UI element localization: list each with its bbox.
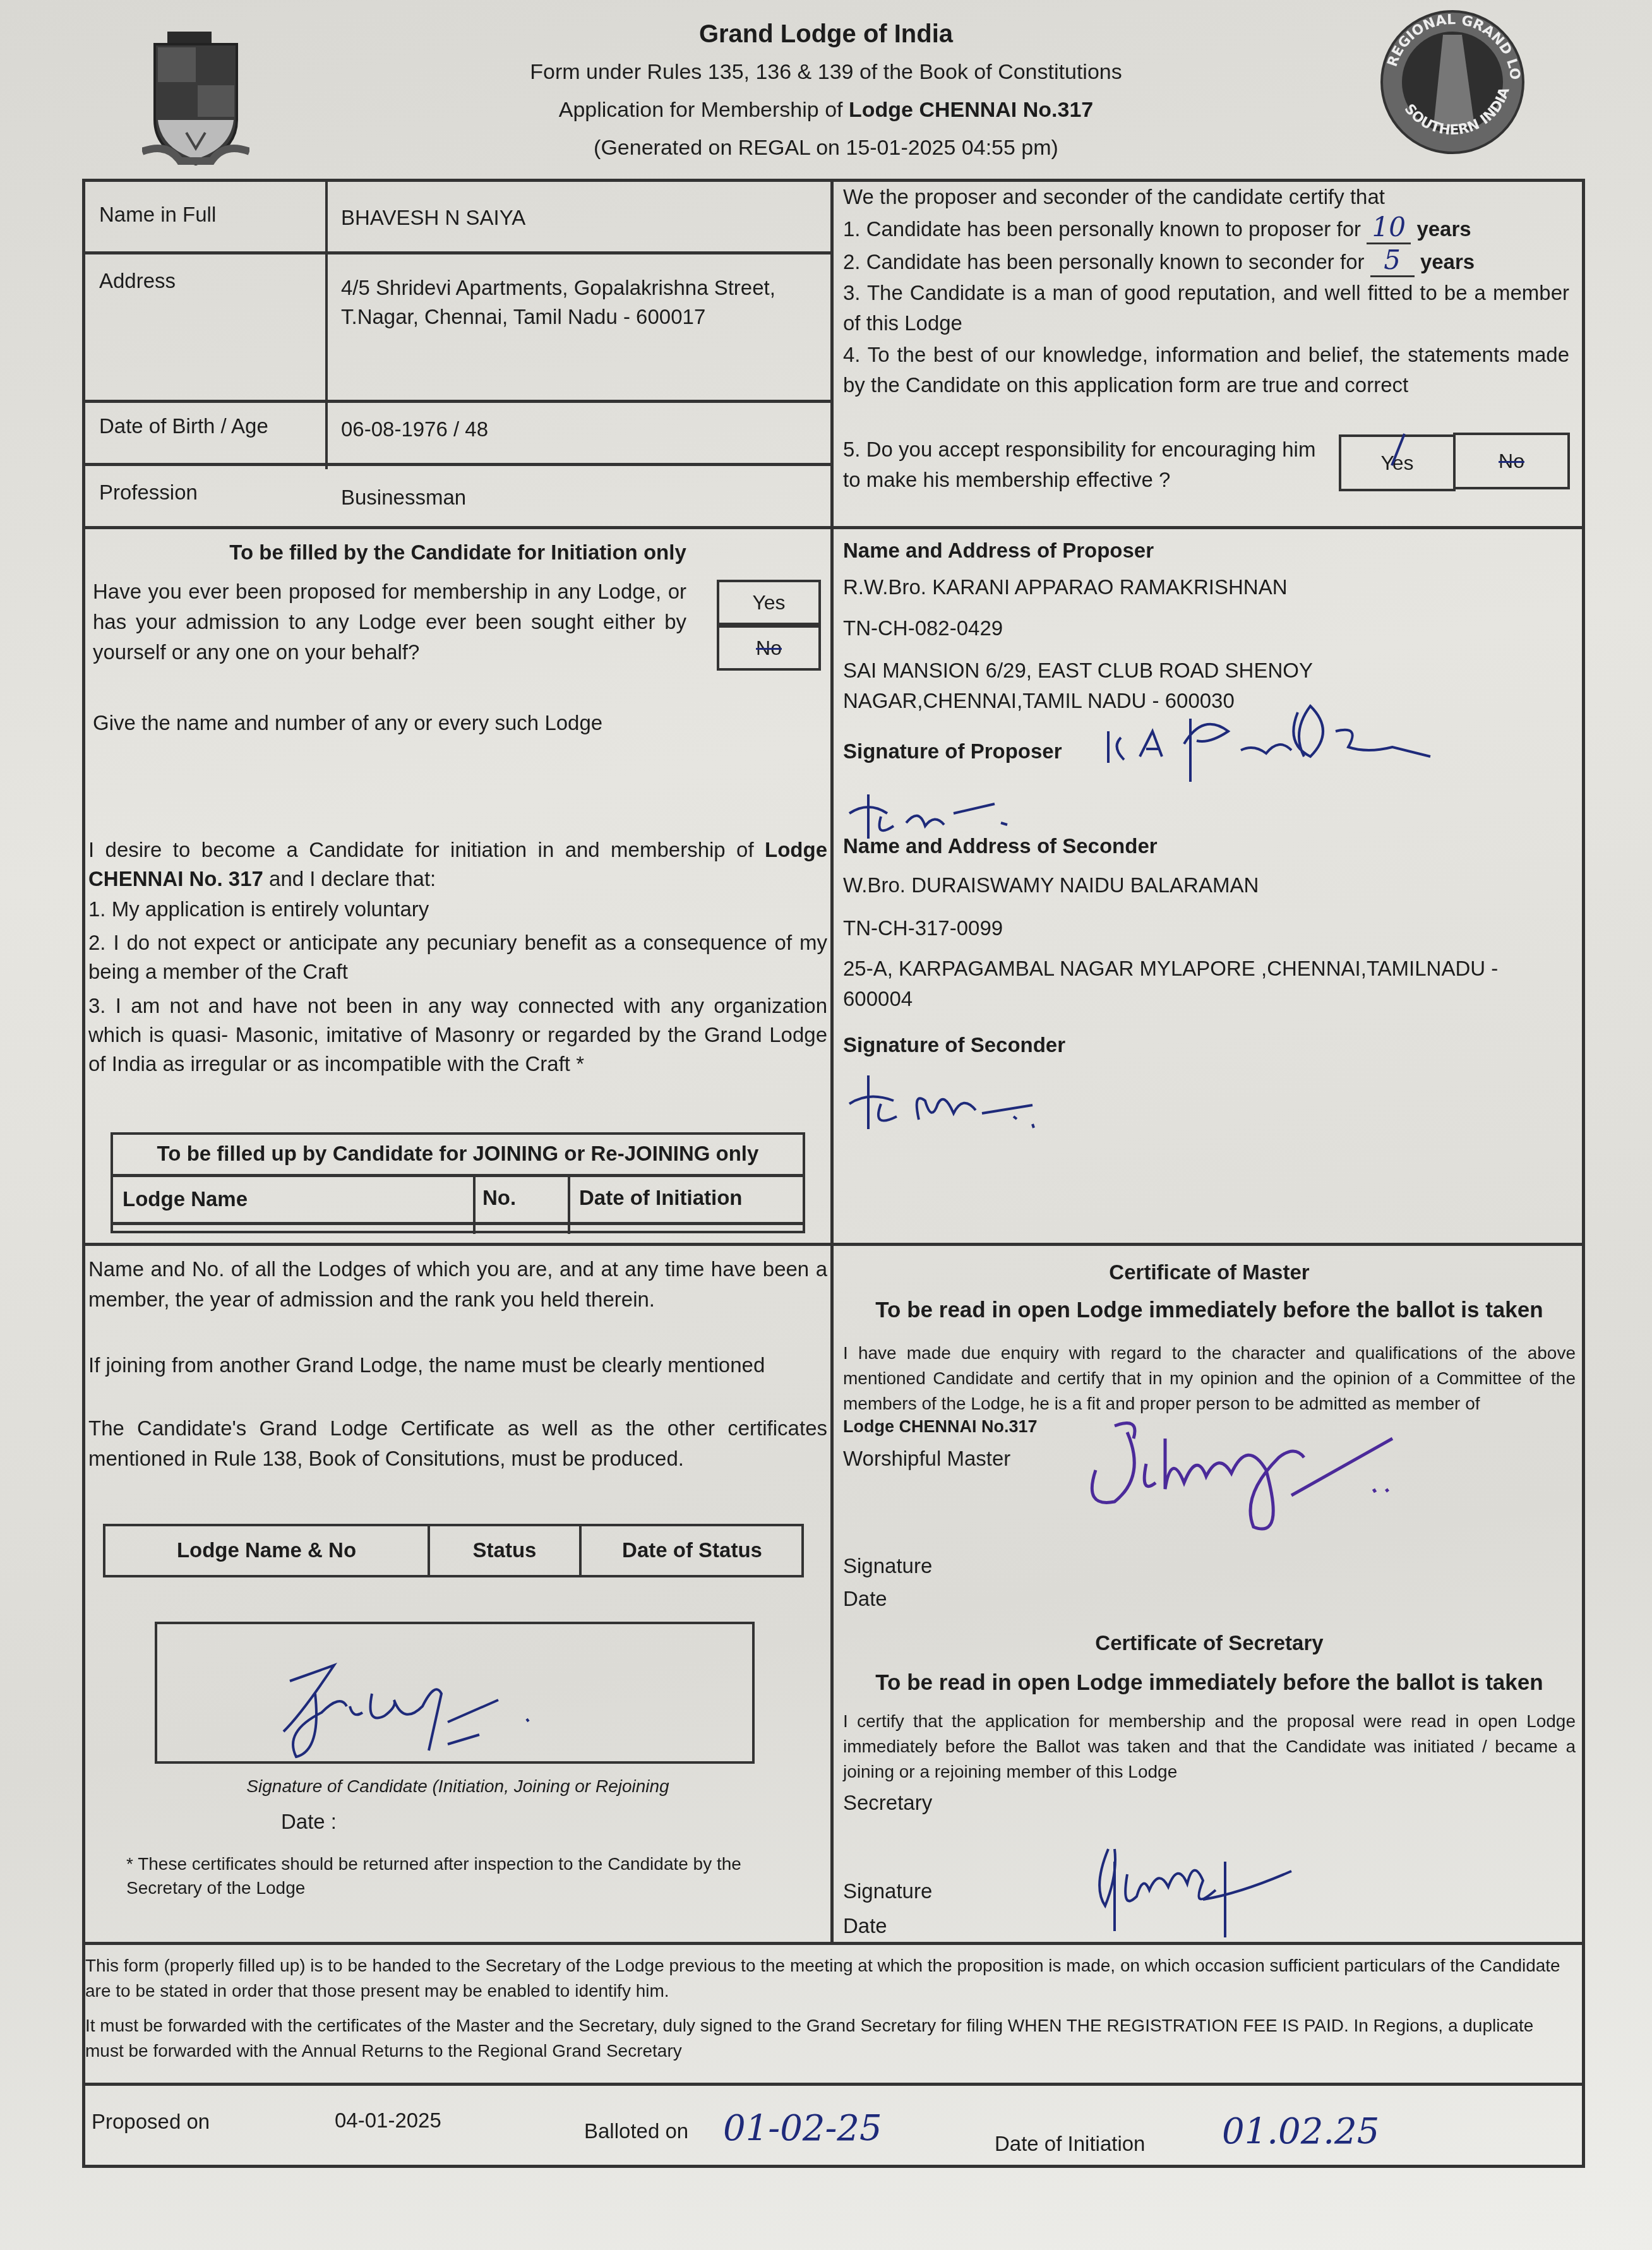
seconder-signature-label: Signature of Seconder bbox=[843, 1031, 1065, 1059]
master-certificate-lodge: Lodge CHENNAI No.317 bbox=[843, 1415, 1038, 1438]
certify-item-3: 3. The Candidate is a man of good reputa… bbox=[843, 278, 1569, 338]
date-of-initiation-value[interactable]: 01.02.25 bbox=[1222, 2111, 1379, 2152]
tick-mark-icon bbox=[1386, 431, 1411, 469]
certify-item-2: 2. Candidate has been personally known t… bbox=[843, 245, 1569, 277]
declaration-item-2: 2. I do not expect or anticipate any pec… bbox=[88, 928, 827, 986]
lodges-para-1: Name and No. of all the Lodges of which … bbox=[88, 1254, 827, 1315]
profession-value: Businessman bbox=[341, 484, 466, 512]
lodges-col-status: Status bbox=[430, 1536, 579, 1564]
dob-value: 06-08-1976 / 48 bbox=[341, 416, 488, 443]
master-certificate-subtitle: To be read in open Lodge immediately bef… bbox=[834, 1296, 1585, 1324]
master-certificate-body: I have made due enquiry with regard to t… bbox=[843, 1341, 1576, 1416]
declaration-item-3: 3. I am not and have not been in any way… bbox=[88, 991, 827, 1079]
secretary-signature[interactable] bbox=[1089, 1836, 1418, 1944]
application-lodge: Lodge CHENNAI No.317 bbox=[849, 98, 1093, 122]
candidate-signature-caption: Signature of Candidate (Initiation, Join… bbox=[85, 1774, 830, 1798]
years-label: years bbox=[1416, 217, 1471, 241]
seconder-address: 25-A, KARPAGAMBAL NAGAR MYLAPORE ,CHENNA… bbox=[843, 954, 1569, 1014]
joining-col-date-initiation: Date of Initiation bbox=[579, 1184, 743, 1212]
candidate-signature bbox=[277, 1656, 656, 1763]
secretary-signature-label: Signature bbox=[843, 1877, 932, 1905]
proposed-on-label: Proposed on bbox=[92, 2108, 210, 2136]
proposer-signature[interactable] bbox=[1096, 693, 1588, 788]
balloted-on-label: Balloted on bbox=[584, 2117, 688, 2145]
name-label: Name in Full bbox=[99, 201, 216, 229]
secretary-date-label: Date bbox=[843, 1912, 887, 1940]
dob-label: Date of Birth / Age bbox=[99, 412, 268, 440]
yes-label: Yes bbox=[752, 591, 785, 614]
secretary-certificate-subtitle: To be read in open Lodge immediately bef… bbox=[834, 1669, 1585, 1697]
lodges-para-2: If joining from another Grand Lodge, the… bbox=[88, 1350, 827, 1380]
address-value: 4/5 Shridevi Apartments, Gopalakrishna S… bbox=[341, 273, 783, 332]
declaration-item-1: 1. My application is entirely voluntary bbox=[88, 895, 429, 923]
certify-item-1: 1. Candidate has been personally known t… bbox=[843, 212, 1569, 244]
application-prefix: Application for Membership of bbox=[559, 98, 849, 122]
proposer-reg-no: TN-CH-082-0429 bbox=[843, 614, 1003, 642]
certify-item-1-text: 1. Candidate has been personally known t… bbox=[843, 217, 1361, 241]
joining-col-no: No. bbox=[482, 1184, 516, 1212]
instructions-para-2: It must be forwarded with the certificat… bbox=[85, 2013, 1576, 2064]
initiation-question: Have you ever been proposed for membersh… bbox=[93, 577, 686, 667]
proposed-yes-checkbox[interactable]: Yes bbox=[717, 580, 821, 625]
give-lodge-name-instruction: Give the name and number of any or every… bbox=[93, 709, 602, 737]
master-signature-label: Signature bbox=[843, 1552, 932, 1580]
address-label: Address bbox=[99, 267, 176, 295]
proposed-no-checkbox[interactable]: No bbox=[717, 625, 821, 671]
proposer-heading: Name and Address of Proposer bbox=[843, 537, 1154, 565]
application-form: Name in Full BHAVESH N SAIYA Address 4/5… bbox=[82, 179, 1585, 2168]
candidate-signature-box[interactable] bbox=[155, 1622, 755, 1764]
profession-label: Profession bbox=[99, 479, 198, 506]
proposer-name: R.W.Bro. KARANI APPARAO RAMAKRISHNAN bbox=[843, 573, 1288, 601]
seconder-name: W.Bro. DURAISWAMY NAIDU BALARAMAN bbox=[843, 871, 1259, 899]
certify-item-2-text: 2. Candidate has been personally known t… bbox=[843, 250, 1365, 273]
no-label: No bbox=[1499, 450, 1524, 473]
candidate-date-label: Date : bbox=[281, 1808, 337, 1836]
lodges-col-name-no: Lodge Name & No bbox=[105, 1536, 428, 1564]
balloted-on-value[interactable]: 01-02-25 bbox=[723, 2108, 882, 2149]
secretary-certificate-title: Certificate of Secretary bbox=[834, 1629, 1585, 1657]
secretary-certificate-body: I certify that the application for membe… bbox=[843, 1709, 1576, 1785]
years-known-seconder[interactable]: 5 bbox=[1370, 245, 1415, 277]
proposed-on-value: 04-01-2025 bbox=[335, 2107, 441, 2134]
proposer-signature-label: Signature of Proposer bbox=[843, 738, 1062, 765]
secretary-label: Secretary bbox=[843, 1789, 932, 1817]
years-known-proposer[interactable]: 10 bbox=[1367, 212, 1411, 244]
regional-lodge-seal-icon: REGIONAL GRAND LODGE SOUTHERN INDIA bbox=[1358, 6, 1547, 158]
initiation-heading: To be filled by the Candidate for Initia… bbox=[85, 539, 830, 566]
years-label: years bbox=[1420, 250, 1475, 273]
lodges-table: Lodge Name & No Status Date of Status bbox=[103, 1524, 804, 1577]
declaration-intro-suffix: and I declare that: bbox=[263, 867, 436, 890]
certify-item-4: 4. To the best of our knowledge, informa… bbox=[843, 340, 1569, 400]
master-date-label: Date bbox=[843, 1585, 887, 1613]
encourage-yes-checkbox[interactable]: Yes bbox=[1339, 434, 1456, 491]
certify-item-5: 5. Do you accept responsibility for enco… bbox=[843, 434, 1323, 495]
seconder-heading: Name and Address of Seconder bbox=[843, 832, 1158, 860]
date-of-initiation-label: Date of Initiation bbox=[995, 2130, 1145, 2158]
master-certificate-title: Certificate of Master bbox=[834, 1259, 1585, 1286]
certificates-footnote: * These certificates should be returned … bbox=[126, 1852, 808, 1900]
lodges-para-3: The Candidate's Grand Lodge Certificate … bbox=[88, 1413, 827, 1474]
master-signature[interactable] bbox=[1077, 1413, 1582, 1533]
name-value: BHAVESH N SAIYA bbox=[341, 204, 525, 232]
seconder-signature[interactable] bbox=[843, 1066, 1127, 1135]
worshipful-master-label: Worshipful Master bbox=[843, 1445, 1010, 1473]
certify-intro: We the proposer and seconder of the cand… bbox=[843, 182, 1569, 212]
lodges-col-date-status: Date of Status bbox=[582, 1536, 803, 1564]
encourage-no-checkbox[interactable]: No bbox=[1453, 433, 1570, 489]
declaration-intro: I desire to become a Candidate for initi… bbox=[88, 835, 827, 894]
no-label: No bbox=[756, 637, 782, 660]
joining-col-lodge-name: Lodge Name bbox=[123, 1185, 248, 1213]
declaration-intro-text: I desire to become a Candidate for initi… bbox=[88, 838, 765, 861]
seconder-reg-no: TN-CH-317-0099 bbox=[843, 914, 1003, 942]
joining-table-heading: To be filled up by Candidate for JOINING… bbox=[113, 1140, 803, 1168]
instructions-para-1: This form (properly filled up) is to be … bbox=[85, 1953, 1576, 2004]
joining-table: To be filled up by Candidate for JOINING… bbox=[111, 1132, 805, 1233]
